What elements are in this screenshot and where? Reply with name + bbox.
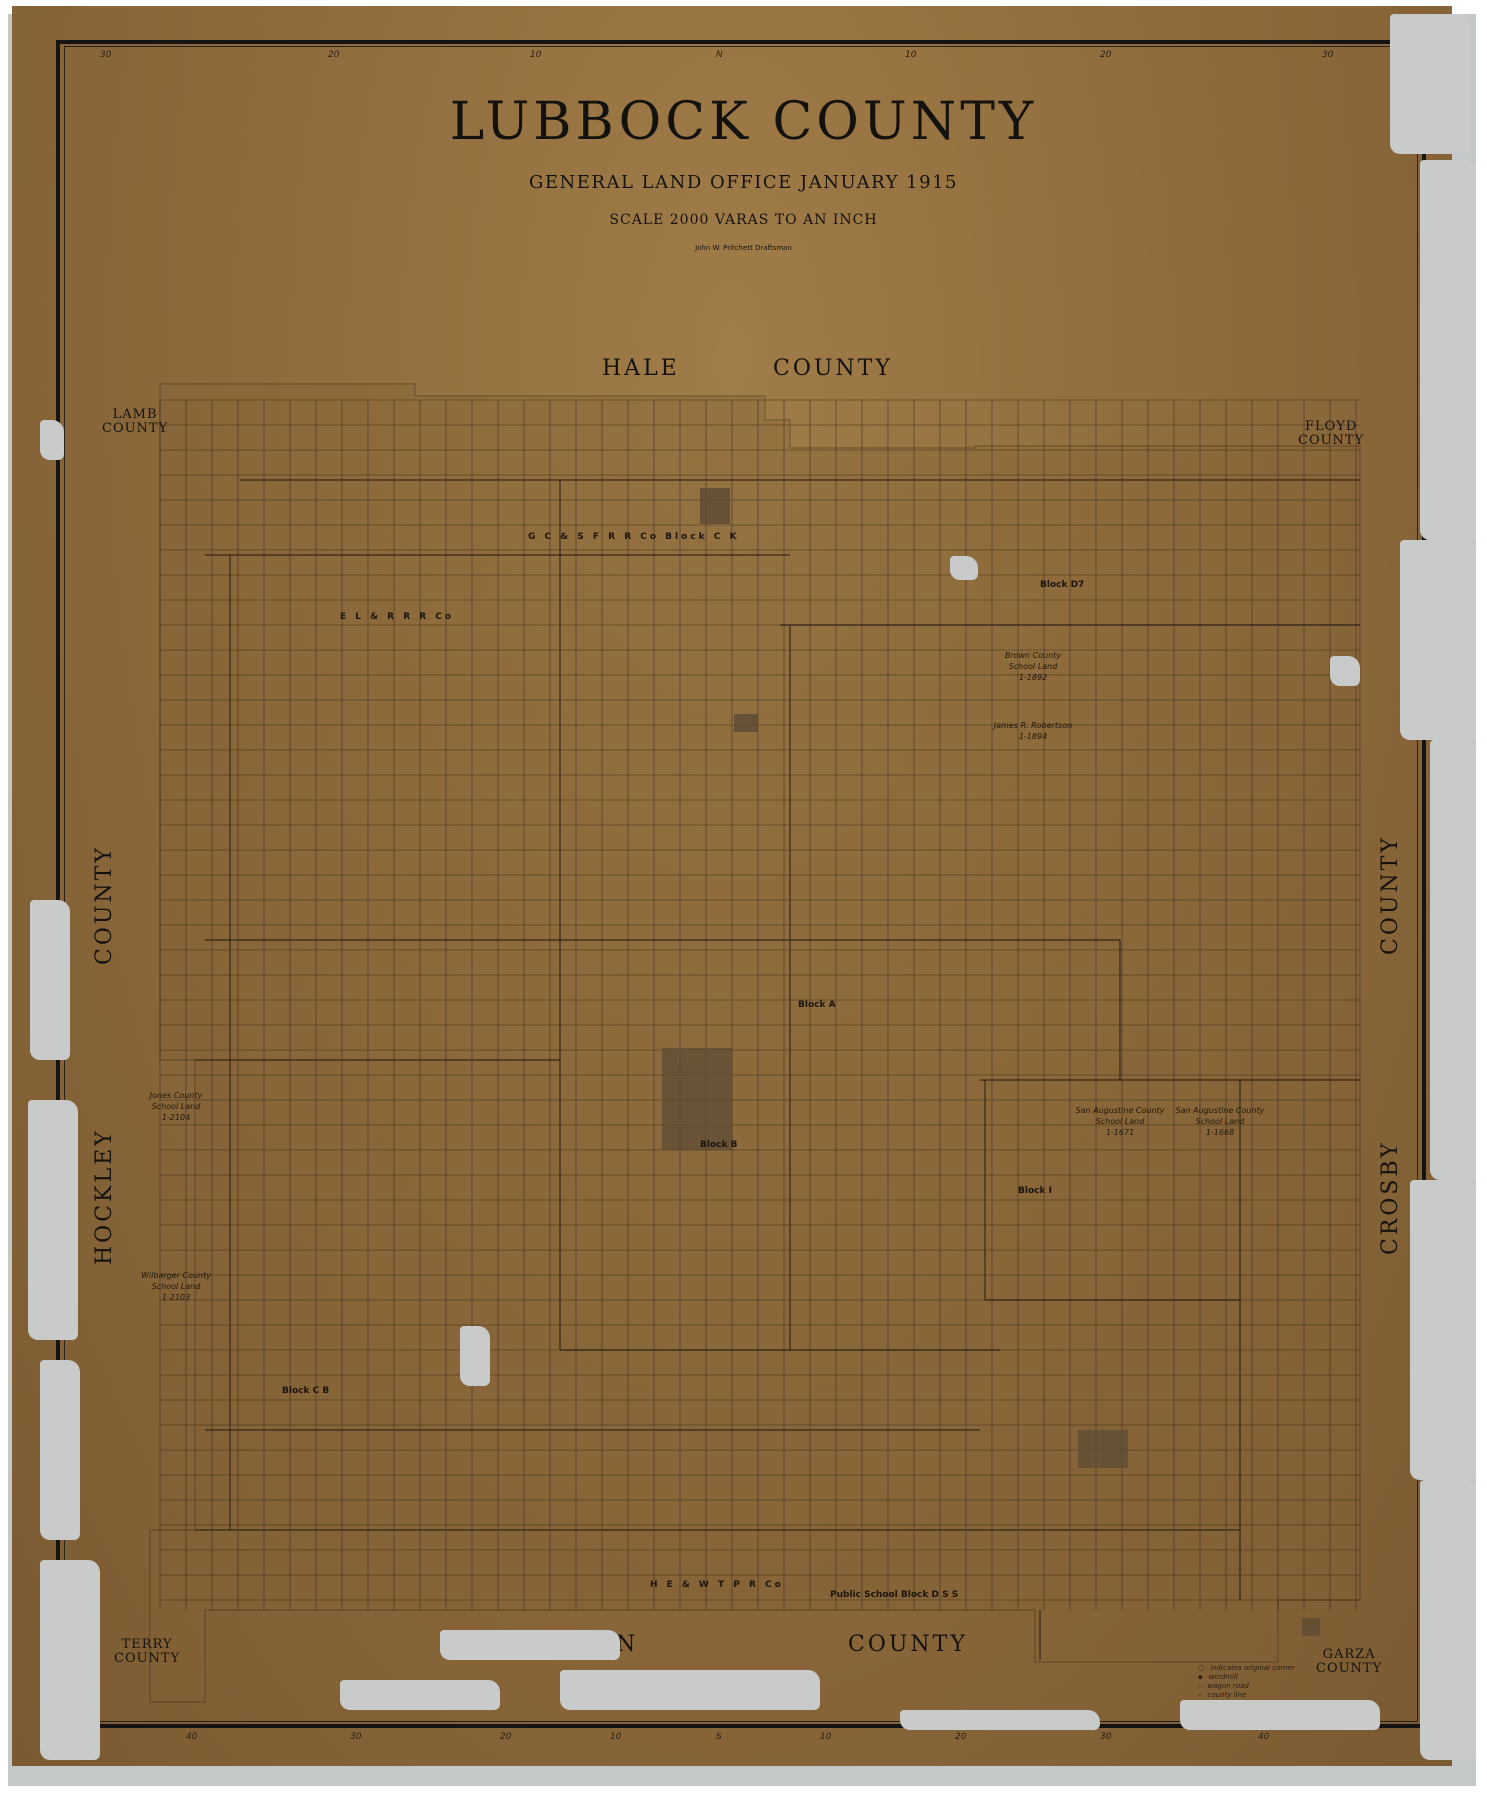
school-land-sub: School Land — [1160, 1116, 1280, 1127]
paper-tear — [340, 1680, 500, 1710]
map-scale: SCALE 2000 VARAS TO AN INCH — [0, 212, 1487, 228]
school-land-id: 1-1668 — [1160, 1127, 1280, 1138]
legend-item: –wagon road — [1198, 1682, 1295, 1691]
square-icon: ▪ — [1198, 1673, 1203, 1682]
tick-label: 30 — [100, 50, 111, 60]
terry-label: TERRY — [114, 1638, 180, 1652]
block-label-cb: Block C B — [282, 1386, 329, 1396]
legend-label: wagon road — [1208, 1682, 1249, 1691]
crosby-label: CROSBY — [1378, 1140, 1403, 1255]
tick-label: 10 — [820, 1732, 831, 1742]
block-label-d7: Block D7 — [1040, 580, 1084, 590]
map-title: LUBBOCK COUNTY — [0, 92, 1487, 152]
paper-tear — [1430, 740, 1476, 1180]
paper-tear — [1420, 160, 1476, 540]
school-land-sub: School Land — [126, 1101, 226, 1112]
block-label-el: E L & R R R Co — [340, 612, 454, 622]
hale-county-label: COUNTY — [773, 356, 893, 381]
floyd-county-word: COUNTY — [1298, 434, 1364, 448]
map-legend: ○indicates original corner▪windmill–wago… — [1198, 1664, 1295, 1700]
tick-label: 40 — [186, 1732, 197, 1742]
paper-tear — [900, 1710, 1100, 1730]
block-label-a: Block A — [798, 1000, 836, 1010]
crosby-county-label: COUNTY — [1378, 835, 1403, 955]
legend-label: windmill — [1209, 1673, 1238, 1682]
tick-label: N — [716, 50, 723, 60]
block-label-i: Block I — [1018, 1186, 1052, 1196]
block-label-ck: G C & S F R R Co Block C K — [528, 532, 739, 542]
lynn-county-label: COUNTY — [848, 1632, 968, 1657]
terry-county-word: COUNTY — [114, 1652, 180, 1666]
paper-tear — [1410, 1180, 1476, 1480]
paper-tear — [1330, 656, 1360, 686]
floyd-label: FLOYD — [1298, 420, 1364, 434]
tick-label: S — [716, 1732, 722, 1742]
dash-icon: – — [1198, 1691, 1202, 1700]
tick-label: 30 — [1100, 1732, 1111, 1742]
tick-label: 10 — [530, 50, 541, 60]
school-land-id: 1-2103 — [126, 1292, 226, 1303]
terry-county-label: TERRY COUNTY — [114, 1638, 180, 1666]
lamb-label: LAMB — [102, 408, 168, 422]
school-land-name: San Augustine County — [1160, 1105, 1280, 1116]
legend-item: ○indicates original corner — [1198, 1664, 1295, 1673]
school-land-robertson: James R. Robertson 1-1894 — [978, 720, 1088, 742]
tick-label: 10 — [905, 50, 916, 60]
school-land-id: 1-1892 — [978, 672, 1088, 683]
map-drafter: John W. Pritchett Draftsman — [0, 244, 1487, 252]
garza-county-label: GARZA COUNTY — [1316, 1648, 1382, 1676]
paper-tear — [40, 1360, 80, 1540]
paper-tear — [440, 1630, 620, 1660]
school-land-brown: Brown County School Land 1-1892 — [978, 650, 1088, 683]
block-label-dss: Public School Block D S S — [830, 1590, 958, 1600]
school-land-name: Wilbarger County — [126, 1270, 226, 1281]
paper-tear — [1180, 1700, 1380, 1730]
tick-label: 20 — [1100, 50, 1111, 60]
hale-label: HALE — [602, 356, 680, 381]
paper-tear — [1420, 1480, 1476, 1760]
floyd-county-label: FLOYD COUNTY — [1298, 420, 1364, 448]
tick-label: 10 — [610, 1732, 621, 1742]
hockley-county-label: COUNTY — [92, 845, 117, 965]
school-land-name: James R. Robertson — [978, 720, 1088, 731]
legend-item: ▪windmill — [1198, 1673, 1295, 1682]
block-label-hewt: H E & W T P R Co — [650, 1580, 784, 1590]
paper-tear — [1400, 540, 1476, 740]
paper-tear — [30, 900, 70, 1060]
paper-tear — [1390, 14, 1470, 154]
tick-label: 30 — [350, 1732, 361, 1742]
legend-label: county line — [1208, 1691, 1247, 1700]
school-land-id: 1-1894 — [978, 731, 1088, 742]
tick-label: 30 — [1322, 50, 1333, 60]
paper-tear — [560, 1670, 820, 1710]
paper-tear — [28, 1100, 78, 1340]
lamb-county-label: LAMB COUNTY — [102, 408, 168, 436]
tick-label: 20 — [500, 1732, 511, 1742]
school-land-name: Brown County — [978, 650, 1088, 661]
block-label-b: Block B — [700, 1140, 737, 1150]
school-land-name: Jones County — [126, 1090, 226, 1101]
paper-tear — [950, 556, 978, 580]
paper-tear — [460, 1326, 490, 1386]
school-land-wilbarger: Wilbarger County School Land 1-2103 — [126, 1270, 226, 1303]
garza-county-word: COUNTY — [1316, 1662, 1382, 1676]
tick-label: 40 — [1258, 1732, 1269, 1742]
school-land-san-augustine-2: San Augustine County School Land 1-1668 — [1160, 1105, 1280, 1138]
hockley-label: HOCKLEY — [92, 1128, 117, 1265]
map-subtitle: GENERAL LAND OFFICE JANUARY 1915 — [0, 172, 1487, 193]
tick-label: 20 — [955, 1732, 966, 1742]
school-land-sub: School Land — [126, 1281, 226, 1292]
paper-tear — [40, 420, 64, 460]
tick-label: 20 — [328, 50, 339, 60]
school-land-jones: Jones County School Land 1-2104 — [126, 1090, 226, 1123]
school-land-id: 1-2104 — [126, 1112, 226, 1123]
map-border-inner — [64, 46, 1418, 1722]
school-land-sub: School Land — [978, 661, 1088, 672]
dash-icon: – — [1198, 1682, 1202, 1691]
garza-label: GARZA — [1316, 1648, 1382, 1662]
legend-item: –county line — [1198, 1691, 1295, 1700]
legend-label: indicates original corner — [1210, 1664, 1295, 1673]
circle-icon: ○ — [1198, 1664, 1204, 1673]
lamb-county-word: COUNTY — [102, 422, 168, 436]
paper-tear — [40, 1560, 100, 1760]
